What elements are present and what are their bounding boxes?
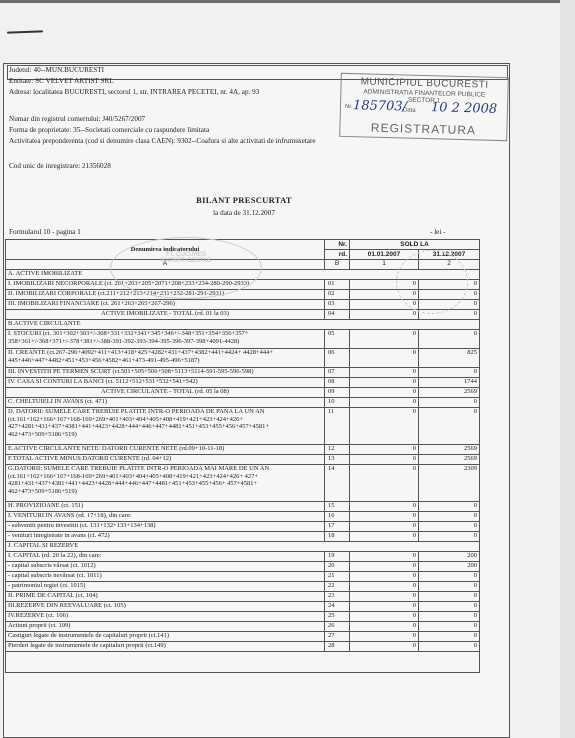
row-number: 09: [325, 388, 350, 398]
value-01-01-2007: 0: [350, 622, 419, 632]
value-01-01-2007: 0: [350, 349, 419, 368]
faint-round-stamp: [396, 250, 468, 314]
value-31-12-2007: 0: [419, 582, 480, 592]
table-row: Pierderi legate de instrumentele de capi…: [6, 642, 480, 652]
table-footer-space: [6, 652, 480, 673]
form-page: Formularul 10 - pagina 1: [9, 228, 81, 236]
table-row: D. DATORII: SUMELE CARE TREBUIE PLATITE …: [6, 408, 480, 445]
value-01-01-2007: 0: [350, 612, 419, 622]
row-number: 18: [325, 532, 350, 542]
value-31-12-2007: 0: [419, 502, 480, 512]
document-title: BILANT PRESCURTAT: [4, 195, 484, 205]
ownership-form: Forma de proprietate: 35--Societati come…: [9, 126, 209, 135]
row-number: 07: [325, 368, 350, 378]
value-01-01-2007: 0: [350, 408, 419, 445]
table-row: H. PROVIZIOANE (ct. 151)1500: [6, 502, 480, 512]
value-01-01-2007: 0: [350, 642, 419, 652]
value-01-01-2007: 0: [350, 512, 419, 522]
indicator-name: E.ACTIVE CIRCULANTE NETE/ DATORII CURENT…: [6, 445, 325, 455]
scan-top-edge: [0, 0, 575, 3]
value-01-01-2007: 0: [350, 388, 419, 398]
value-31-12-2007: 0: [419, 522, 480, 532]
row-number: 01: [325, 280, 350, 290]
table-row: - venituri inregistrate in avans (ct. 47…: [6, 532, 480, 542]
indicator-name: F.TOTAL ACTIVE MINUS DATORII CURENTE (rd…: [6, 455, 325, 465]
row-number: 26: [325, 622, 350, 632]
table-row: - capital subscris vărsat (ct. 1012)2002…: [6, 562, 480, 572]
value-01-01-2007: 0: [350, 330, 419, 349]
value-01-01-2007: 0: [350, 632, 419, 642]
table-row: Actiuni proprii (ct. 109)2600: [6, 622, 480, 632]
table-section-row: J. CAPITAL SI REZERVE: [6, 542, 480, 552]
row-number: 24: [325, 602, 350, 612]
auditor-stamp-line: EXPERT CONTAB: [111, 258, 261, 264]
table-row: I. STOCURI (ct. 301+302+303+/-308+331+33…: [6, 330, 480, 349]
row-number: 25: [325, 612, 350, 622]
value-01-01-2007: 0: [350, 455, 419, 465]
pen-mark: [7, 30, 43, 33]
value-01-01-2007: 0: [350, 310, 419, 320]
row-number: 08: [325, 378, 350, 388]
stamp-registry: REGISTRATURA: [340, 120, 506, 138]
table-row: G.DATORII: SUMELE CARE TREBUIE PLATITE I…: [6, 465, 480, 502]
value-01-01-2007: 0: [350, 522, 419, 532]
section-title: J. CAPITAL SI REZERVE: [6, 542, 480, 552]
value-31-12-2007: 200: [419, 552, 480, 562]
indicator-name: ACTIVE IMOBILIZATE - TOTAL (rd. 01 la 03…: [6, 310, 325, 320]
table-row: IV.REZERVE (ct. 106)2500: [6, 612, 480, 622]
indicator-name: - venituri inregistrate in avans (ct. 47…: [6, 532, 325, 542]
value-01-01-2007: 0: [350, 552, 419, 562]
stamp-registration-date: 10 2 2008: [431, 100, 498, 117]
value-01-01-2007: 0: [350, 445, 419, 455]
row-number: 06: [325, 349, 350, 368]
table-row: II. CREANTE (ct.267-296+4092+411+413+418…: [6, 349, 480, 368]
table-row: C. CHELTUIELI IN AVANS (ct. 471)1000: [6, 398, 480, 408]
scan-right-margin: [560, 0, 575, 738]
row-number: 03: [325, 300, 350, 310]
indicator-name: - capital subscris vărsat (ct. 1012): [6, 562, 325, 572]
balance-sheet-page: Judetul: 40--MUN.BUCURESTI Entitate: SC …: [3, 63, 510, 738]
table-row: - patrimoniul regiei (ct. 1015)2200: [6, 582, 480, 592]
value-31-12-2007: 825: [419, 349, 480, 368]
table-row: E.ACTIVE CIRCULANTE NETE/ DATORII CURENT…: [6, 445, 480, 455]
value-01-01-2007: 0: [350, 602, 419, 612]
row-number: 20: [325, 562, 350, 572]
value-31-12-2007: 0: [419, 532, 480, 542]
indicator-name: II. PRIME DE CAPITAL (ct. 104): [6, 592, 325, 602]
indicator-name: H. PROVIZIOANE (ct. 151): [6, 502, 325, 512]
indicator-name: I. STOCURI (ct. 301+302+303+/-308+331+33…: [6, 330, 325, 349]
indicator-name: - capital subscris nevărsat (ct. 1011): [6, 572, 325, 582]
document-date: la data de 31.12.2007: [4, 209, 484, 217]
table-row: - subventii pentru investitii (ct. 131+1…: [6, 522, 480, 532]
value-01-01-2007: 0: [350, 562, 419, 572]
value-31-12-2007: 0: [419, 622, 480, 632]
row-number: 28: [325, 642, 350, 652]
value-31-12-2007: 0: [419, 398, 480, 408]
value-01-01-2007: 0: [350, 532, 419, 542]
row-number: 23: [325, 592, 350, 602]
value-31-12-2007: 2569: [419, 445, 480, 455]
value-31-12-2007: 1744: [419, 378, 480, 388]
indicator-name: II. CREANTE (ct.267-296+4092+411+413+418…: [6, 349, 325, 368]
row-number: 13: [325, 455, 350, 465]
trade-register: Numar din registrul comertului: J40/5267…: [9, 115, 145, 124]
row-number: 21: [325, 572, 350, 582]
value-31-12-2007: 200: [419, 562, 480, 572]
value-31-12-2007: 0: [419, 368, 480, 378]
col-header-sold: SOLD LA: [350, 240, 480, 250]
value-31-12-2007: 0: [419, 612, 480, 622]
value-31-12-2007: 0: [419, 592, 480, 602]
indicator-name: III. INVESTITII PE TERMEN SCURT (ct.501+…: [6, 368, 325, 378]
value-31-12-2007: 0: [419, 408, 480, 445]
value-01-01-2007: 0: [350, 502, 419, 512]
table-row: III.REZERVE DIN REEVALUARE (ct. 105)2400: [6, 602, 480, 612]
address: Adresa: localitatea BUCURESTI, sectorul …: [9, 88, 259, 97]
indicator-name: ACTIVE CIRCULANTE - TOTAL (rd. 05 la 08): [6, 388, 325, 398]
indicator-name: III. IMOBILIZARI FINANCIARE (ct. 261+263…: [6, 300, 325, 310]
entity: Entitate: SC VELVET ARTIST SRL: [9, 77, 114, 86]
table-row: I. CAPITAL (rd. 20 la 22), din care:1902…: [6, 552, 480, 562]
indicator-name: - subventii pentru investitii (ct. 131+1…: [6, 522, 325, 532]
indicator-name: D. DATORII: SUMELE CARE TREBUIE PLATITE …: [6, 408, 325, 445]
table-row: ACTIVE CIRCULANTE - TOTAL (rd. 05 la 08)…: [6, 388, 480, 398]
main-activity: Activitatea preponderenta (cod si denumi…: [9, 137, 316, 146]
value-31-12-2007: 0: [419, 602, 480, 612]
value-31-12-2007: 0: [419, 572, 480, 582]
row-number: 10: [325, 398, 350, 408]
blank-cell: [6, 652, 480, 673]
indicator-name: - patrimoniul regiei (ct. 1015): [6, 582, 325, 592]
indicator-name: Castiguri legate de instrumentele de cap…: [6, 632, 325, 642]
value-01-01-2007: 0: [350, 592, 419, 602]
indicator-name: I. VENITURI IN AVANS (rd. 17+18), din ca…: [6, 512, 325, 522]
value-31-12-2007: 0: [419, 642, 480, 652]
stamp-nr-label: Nr.: [345, 104, 353, 110]
indicator-name: IV. CASA SI CONTURI LA BANCI (ct. 5112+5…: [6, 378, 325, 388]
value-31-12-2007: 0: [419, 512, 480, 522]
indicator-name: III.REZERVE DIN REEVALUARE (ct. 105): [6, 602, 325, 612]
fiscal-code: Cod unic de inregistrare: 21356028: [9, 162, 111, 171]
row-number: 19: [325, 552, 350, 562]
code-b: B: [325, 260, 350, 270]
value-01-01-2007: 0: [350, 378, 419, 388]
row-number: 16: [325, 512, 350, 522]
stamp-registration-number: 185703/: [353, 98, 407, 114]
table-row: IV. CASA SI CONTURI LA BANCI (ct. 5112+5…: [6, 378, 480, 388]
table-section-row: B.ACTIVE CIRCULANTE: [6, 320, 480, 330]
col-header-rd: rd.: [325, 250, 350, 260]
row-number: 14: [325, 465, 350, 502]
value-31-12-2007: 2309: [419, 465, 480, 502]
section-title: B.ACTIVE CIRCULANTE: [6, 320, 480, 330]
indicator-name: G.DATORII: SUMELE CARE TREBUIE PLATITE I…: [6, 465, 325, 502]
indicator-name: Pierderi legate de instrumentele de capi…: [6, 642, 325, 652]
value-31-12-2007: 0: [419, 330, 480, 349]
row-number: 15: [325, 502, 350, 512]
value-01-01-2007: 0: [350, 465, 419, 502]
indicator-name: C. CHELTUIELI IN AVANS (ct. 471): [6, 398, 325, 408]
indicator-name: IV.REZERVE (ct. 106): [6, 612, 325, 622]
currency-unit: - lei -: [430, 228, 446, 236]
table-row: ACTIVE IMOBILIZATE - TOTAL (rd. 01 la 03…: [6, 310, 480, 320]
value-31-12-2007: 0: [419, 632, 480, 642]
row-number: 17: [325, 522, 350, 532]
table-row: III. INVESTITII PE TERMEN SCURT (ct.501+…: [6, 368, 480, 378]
row-number: 12: [325, 445, 350, 455]
registration-stamp: MUNICIPIUL BUCURESTI ADMINISTRATIA FINAN…: [339, 73, 509, 141]
table-row: - capital subscris nevărsat (ct. 1011)21…: [6, 572, 480, 582]
col-header-nr: Nr.: [325, 240, 350, 250]
value-01-01-2007: 0: [350, 572, 419, 582]
indicator-name: I. CAPITAL (rd. 20 la 22), din care:: [6, 552, 325, 562]
table-row: II. PRIME DE CAPITAL (ct. 104)2300: [6, 592, 480, 602]
row-number: 27: [325, 632, 350, 642]
row-number: 11: [325, 408, 350, 445]
table-row: F.TOTAL ACTIVE MINUS DATORII CURENTE (rd…: [6, 455, 480, 465]
county: Judetul: 40--MUN.BUCURESTI: [9, 66, 104, 75]
row-number: 02: [325, 290, 350, 300]
table-row: Castiguri legate de instrumentele de cap…: [6, 632, 480, 642]
value-31-12-2007: 2569: [419, 388, 480, 398]
table-row: I. VENITURI IN AVANS (rd. 17+18), din ca…: [6, 512, 480, 522]
value-01-01-2007: 0: [350, 398, 419, 408]
value-31-12-2007: 2569: [419, 455, 480, 465]
auditor-stamp: FT. CUCURES EXPERT CONTAB: [110, 237, 262, 299]
stamp-date-label: Data: [403, 107, 416, 113]
value-01-01-2007: 0: [350, 582, 419, 592]
indicator-name: Actiuni proprii (ct. 109): [6, 622, 325, 632]
row-number: 22: [325, 582, 350, 592]
row-number: 05: [325, 330, 350, 349]
row-number: 04: [325, 310, 350, 320]
value-01-01-2007: 0: [350, 368, 419, 378]
